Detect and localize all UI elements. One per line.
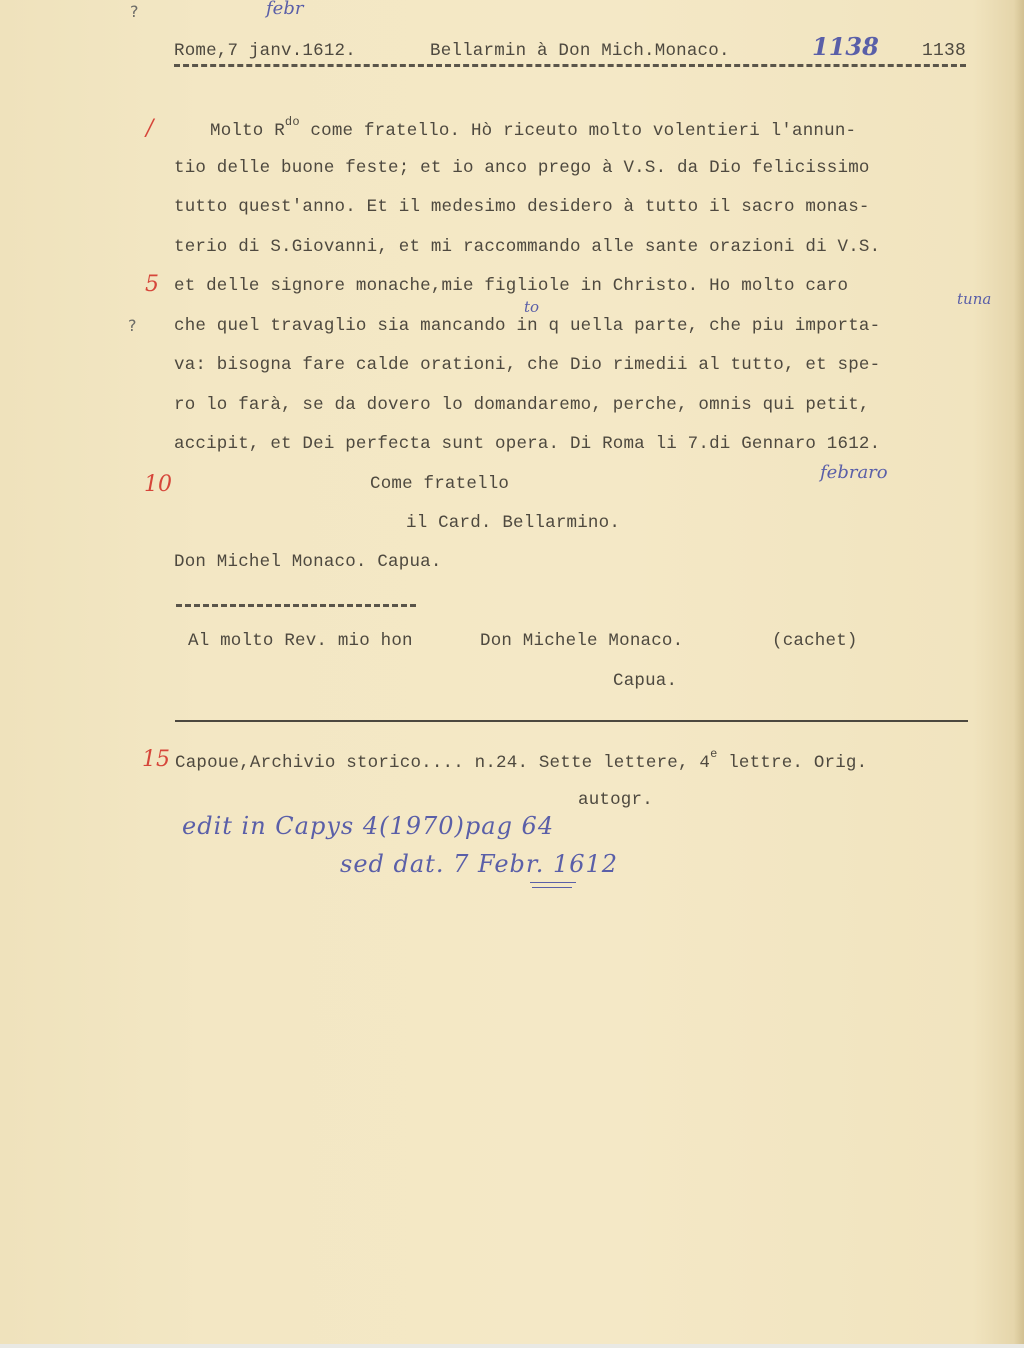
query-mark: ? [130, 2, 139, 21]
line-marker-15: 15 [142, 747, 170, 772]
separator-short [176, 604, 416, 607]
header-title: Bellarmin à Don Mich.Monaco. [430, 41, 730, 61]
salutation-text: Molto R [210, 121, 285, 141]
handwritten-note-line1: edit in Capys 4(1970)pag 64 [182, 812, 554, 840]
line-marker-1: / [146, 116, 153, 141]
citation-sup: e [710, 747, 717, 761]
signature: il Card. Bellarmino. [406, 513, 620, 533]
header-number-typed: 1138 [922, 41, 966, 61]
address-line1-part1: Al molto Rev. mio hon [188, 631, 413, 651]
header-number-handwritten: 1138 [812, 32, 879, 61]
header-place-date: Rome,7 janv.1612. [174, 41, 356, 61]
body-line-4: terio di S.Giovanni, et mi raccommando a… [174, 237, 880, 257]
header-rule [174, 64, 966, 67]
underline-febr-2 [532, 887, 572, 888]
salutation: Molto Rdo come fratello. Hò riceuto molt… [210, 118, 856, 141]
annotation-febr: febr [266, 0, 303, 19]
line-marker-10: 10 [144, 472, 172, 497]
source-rule [175, 720, 968, 722]
line-marker-5: 5 [145, 272, 159, 297]
address-line1-part2: Don Michele Monaco. [480, 631, 683, 651]
body-line-2: tio delle buone feste; et io anco prego … [174, 158, 870, 178]
interlinear-note-to: to [524, 298, 539, 316]
body-line-9: accipit, et Dei perfecta sunt opera. Di … [174, 434, 880, 454]
body-line-3: tutto quest'anno. Et il medesimo desider… [174, 197, 870, 217]
source-citation-line2: autogr. [578, 790, 653, 810]
body-line-6: che quel travaglio sia mancando in q uel… [174, 316, 880, 336]
body-line-7: va: bisogna fare calde orationi, che Dio… [174, 355, 880, 375]
citation-suffix: lettre. Orig. [718, 753, 868, 773]
source-citation: Capoue,Archivio storico.... n.24. Sette … [175, 750, 867, 773]
margin-query: ? [128, 316, 137, 335]
body-line-8: ro lo farà, se da dovero lo domandaremo,… [174, 395, 870, 415]
address-cachet: (cachet) [772, 631, 858, 651]
citation-text: Capoue,Archivio storico.... n.24. Sette … [175, 753, 710, 773]
body-line-1: come fratello. Hò riceuto molto volentie… [300, 121, 857, 141]
interlinear-note-tuna: tuna [957, 290, 991, 308]
handwritten-note-line2: sed dat. 7 Febr. 1612 [340, 850, 618, 878]
underline-febr-1 [530, 882, 576, 883]
recipient-line: Don Michel Monaco. Capua. [174, 552, 442, 572]
closing: Come fratello [370, 474, 509, 494]
page-edge-shadow [1014, 0, 1024, 1348]
document-page: ? febr Rome,7 janv.1612. Bellarmin à Don… [0, 0, 1024, 1348]
salutation-sup: do [285, 115, 300, 129]
scan-bottom-edge [0, 1344, 1024, 1348]
body-line-5: et delle signore monache,mie figliole in… [174, 276, 848, 296]
address-line2: Capua. [613, 671, 677, 691]
margin-note-febraro: febraro [820, 462, 888, 483]
